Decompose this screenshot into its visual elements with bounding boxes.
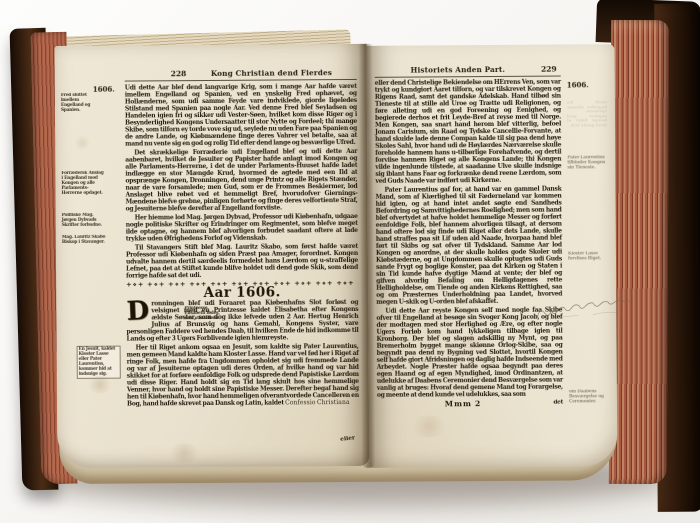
margin-note: Fred sluttet imellem Engelland og Spanie…: [61, 94, 91, 114]
paragraph: Pater Laurentius gaf for, at hand var en…: [375, 186, 562, 306]
gathering-signature: Mmm 2: [377, 400, 549, 408]
foxing-stain: [73, 136, 91, 150]
margin-note: om Daabens Besværgelse og Ceremonier.: [569, 390, 609, 405]
margin-note: Pater Laurentius tilbiuder Kongen sin Ti…: [567, 156, 607, 171]
running-title-right: Historiets Anden Part.: [375, 65, 541, 75]
speckled-fore-edge-right: [609, 20, 669, 484]
paragraph: Her hiemme lod Mag. Jørgen Dybvad, Profe…: [126, 213, 358, 243]
left-page-header: 228 Kong Christian dend Fierdes: [125, 68, 357, 81]
right-page-text-block: eller dend Christelige Bekiendelse om HE…: [375, 79, 563, 410]
catchword-right: det: [553, 400, 563, 407]
catchword-left: eller: [340, 435, 355, 443]
margin-note: Forrædersk Anslag i Engelland mod Kongen…: [61, 172, 105, 197]
open-antique-book: 228 Kong Christian dend Fierdes 1606. Fr…: [0, 0, 700, 523]
left-page-text-block: Udi dette Aar blef dend langvarige Krig,…: [125, 83, 359, 410]
left-page: 228 Kong Christian dend Fierdes 1606. Fr…: [54, 44, 369, 468]
foxing-stain: [167, 443, 201, 463]
margin-date-left: 1606.: [93, 85, 115, 94]
paragraph: Dronningen blef udi Foraaret paa Kiøbenh…: [126, 299, 358, 343]
paragraph: Udi dette Aar blef dend langvarige Krig,…: [125, 83, 357, 148]
signature-row: Mmm 2 det: [377, 400, 563, 410]
margin-date-right: 1606.: [567, 80, 589, 89]
paragraph-text: Her til Riget ankom ogsaa en Jesuit, som…: [127, 343, 359, 408]
latin-book-title: Confessio Christiana: [285, 399, 350, 406]
foxing-stain: [409, 415, 449, 437]
page-number-right: 229: [541, 65, 557, 74]
section-heading: Aar 1606.: [126, 289, 358, 298]
paragraph: Til Stavangers Stift blef Mag. Lauritz S…: [126, 243, 358, 280]
drop-cap-initial: D: [126, 301, 150, 323]
paragraph: Her til Riget ankom ogsaa en Jesuit, som…: [127, 343, 359, 408]
paragraph: Det skrækkelige Forræderie udi Engelland…: [125, 148, 357, 213]
margin-note: Mag. Lauritz Skabo Biskop i Stavanger.: [62, 236, 106, 246]
page-number-left: 228: [171, 69, 187, 78]
margin-note: En Jesuit, kaldet Kloster Lasse eller Pa…: [77, 346, 121, 380]
margin-note: Politiske Mag. Jørgen Dybvads Skrifter f…: [62, 214, 106, 229]
right-page: Historiets Anden Part. 229 1606. skrift …: [366, 44, 617, 468]
photograph-background: 228 Kong Christian dend Fierdes 1606. Fr…: [0, 0, 700, 523]
running-title-left: Kong Christian dend Fierdes: [186, 68, 356, 78]
paragraph: eller dend Christelige Bekiendelse om HE…: [375, 79, 562, 185]
gutter-shadow: [358, 44, 375, 468]
paragraph-text: ronningen blef udi Foraaret paa Kiøbenha…: [126, 299, 358, 343]
right-page-header: Historiets Anden Part. 229: [375, 65, 561, 78]
margin-note: Kloster Lasse forviises Riget.: [568, 252, 608, 262]
